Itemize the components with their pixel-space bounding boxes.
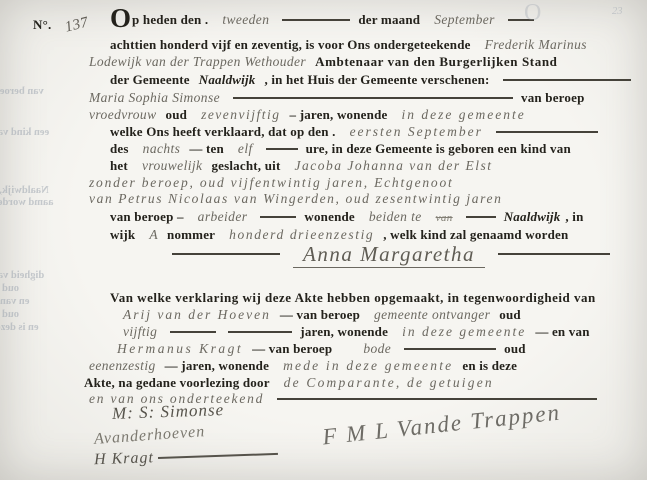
doc-line: Maria Sophia Simonse van beroep (84, 89, 590, 106)
doc-line: vijftig jaren, wonende in deze gemeente … (118, 323, 595, 340)
printed-text: en is deze (462, 358, 517, 373)
bleedthrough-text: digheid van (0, 270, 44, 281)
doc-line: eenenzestig — jaren, wonende mede in dez… (84, 357, 522, 374)
printed-text: – jaren, wonende (290, 107, 388, 122)
handwritten-text: honderd drieenzestig (229, 227, 374, 242)
printed-text: , welk kind zal genaamd worden (383, 227, 568, 242)
bleedthrough-text: en is deze (0, 322, 39, 333)
printed-text: Naaldwijk (199, 72, 256, 87)
bleedthrough-text: een kind van (0, 127, 49, 138)
bleedthrough-text: oud (2, 309, 19, 320)
handwritten-text: vijftig (123, 324, 157, 339)
bleedthrough-text: aamd worden (0, 197, 54, 208)
printed-text: des (110, 141, 129, 156)
handwritten-text: in deze gemeente (402, 324, 526, 339)
handwritten-text: de Comparante, de getuigen (284, 375, 494, 390)
handwritten-text: eenenzestig (89, 358, 156, 373)
doc-line: der Gemeente Naaldwijk , in het Huis der… (110, 71, 635, 88)
printed-text: nommer (167, 227, 215, 242)
fill-rule (466, 216, 496, 218)
printed-text: achttien honderd vijf en zeventig, is vo… (110, 37, 471, 52)
handwritten-text: September (434, 12, 495, 27)
printed-text: van beroep (521, 90, 585, 105)
printed-text: Ambtenaar van den Burgerlijken Stand (315, 54, 557, 69)
doc-line: Akte, na gedane voorlezing door de Compa… (84, 374, 499, 391)
doc-line: het vrouwelijk geslacht, uit Jacoba Joha… (110, 157, 497, 174)
signature-text: H Kragt (94, 449, 154, 468)
bleedthrough-text: 23 (612, 6, 623, 17)
fill-rule (404, 348, 496, 350)
printed-text: Akte, na gedane voorlezing door (84, 375, 270, 390)
fill-rule (260, 216, 296, 218)
fill-rule (282, 19, 350, 21)
record-number: N°. 137 (33, 16, 94, 34)
doc-line: vroedvrouw oud zevenvijftig – jaren, won… (84, 106, 531, 123)
signature-official: F M L Vande Trappen (321, 400, 562, 451)
handwritten-text: beiden te (369, 209, 422, 224)
doc-line: Op heden den . tweeden der maand Septemb… (110, 10, 538, 28)
printed-text: — van beroep (280, 307, 360, 322)
printed-text: wijk (110, 227, 135, 242)
printed-text: welke Ons heeft verklaard, dat op den . (110, 124, 336, 139)
printed-text: der Gemeente (110, 72, 190, 87)
doc-line: wijk A nommer honderd drieenzestig , wel… (110, 226, 573, 243)
doc-line: van beroep – arbeider wonende beiden te … (110, 208, 589, 227)
child-name: Anna Margaretha (293, 242, 485, 268)
handwritten-text: Jacoba Johanna van der Elst (294, 158, 492, 173)
handwritten-text: mede in deze gemeente (283, 358, 453, 373)
doc-line: Hermanus Kragt — van beroep bode oud (112, 340, 531, 357)
handwritten-text: arbeider (198, 209, 248, 224)
handwritten-text: bode (363, 341, 391, 356)
printed-text: van beroep – (110, 209, 184, 224)
printed-text: oud (499, 307, 521, 322)
bleedthrough-text: O (524, 0, 541, 27)
printed-text: — en van (535, 324, 589, 339)
handwritten-text: zonder beroep, oud vijfentwintig jaren, … (89, 175, 454, 190)
handwritten-text: tweeden (222, 12, 269, 27)
printed-text: — ten (189, 141, 224, 156)
doc-line: welke Ons heeft verklaard, dat op den . … (110, 123, 602, 140)
document-scan: N°. 137 Op heden den . tweeden der maand… (0, 0, 647, 480)
handwritten-text: van Petrus Nicolaas van Wingerden, oud z… (89, 191, 502, 206)
bleedthrough-text: en van (0, 296, 29, 307)
signature-witness-1: Avanderhoeven (94, 423, 206, 449)
fill-rule (172, 253, 280, 255)
fill-rule (496, 131, 598, 133)
record-number-value: 137 (64, 14, 91, 36)
printed-text: Van welke verklaring wij deze Akte hebbe… (110, 290, 596, 305)
printed-text: het (110, 158, 128, 173)
bleedthrough-text: oud (2, 283, 19, 294)
fill-rule (266, 148, 298, 150)
handwritten-text: gemeente ontvanger (374, 307, 490, 322)
handwritten-text: vroedvrouw (89, 107, 157, 122)
printed-text: oud (166, 107, 188, 122)
printed-text: Naaldwijk (504, 209, 561, 224)
handwritten-text: Hermanus Kragt (117, 341, 243, 356)
signature-declarant: M: S: Simonse (112, 400, 225, 424)
handwritten-text: Frederik Marinus (485, 37, 587, 52)
printed-text: — van beroep (252, 341, 332, 356)
printed-text: wonende (304, 209, 355, 224)
printed-text: jaren, wonende (300, 324, 388, 339)
printed-text: O (110, 3, 131, 33)
printed-text: p heden den . (132, 12, 208, 27)
handwritten-text: eersten September (350, 124, 483, 139)
printed-text: — jaren, wonende (165, 358, 269, 373)
handwritten-text: nachts (143, 141, 181, 156)
signature-witness-2: H Kragt (94, 445, 282, 470)
printed-text: der maand (358, 12, 420, 27)
handwritten-text: Lodewijk van der Trappen Wethouder (89, 54, 306, 69)
doc-line: achttien honderd vijf en zeventig, is vo… (110, 36, 592, 53)
printed-text: ure, in deze Gemeente is geboren een kin… (306, 141, 571, 156)
printed-text: geslacht, uit (211, 158, 280, 173)
record-number-label: N°. (33, 17, 51, 32)
fill-rule (233, 97, 513, 99)
fill-rule (170, 331, 216, 333)
printed-text: , in (565, 209, 583, 224)
handwritten-text: Maria Sophia Simonse (89, 90, 220, 105)
fill-rule (503, 79, 631, 81)
doc-line: Lodewijk van der Trappen Wethouder Ambte… (84, 53, 562, 70)
fill-rule (498, 253, 610, 255)
handwritten-text: in deze gemeente (401, 107, 525, 122)
handwritten-text: vrouwelijk (142, 158, 203, 173)
signature-flourish (158, 453, 278, 459)
handwritten-text: Arij van der Hoeven (123, 307, 271, 322)
bleedthrough-text: Naaldwijk, in (0, 185, 49, 196)
fill-rule (228, 331, 292, 333)
struck-handwritten-text: van (436, 212, 453, 224)
bleedthrough-text: van beroep (0, 86, 44, 97)
handwritten-text: A (149, 227, 158, 242)
doc-line: zonder beroep, oud vijfentwintig jaren, … (84, 174, 459, 191)
handwritten-text: elf (238, 141, 253, 156)
printed-text: oud (504, 341, 526, 356)
doc-line: Arij van der Hoeven — van beroep gemeent… (118, 306, 526, 323)
doc-line: Anna Margaretha (168, 246, 614, 265)
printed-text: , in het Huis der Gemeente verschenen: (264, 72, 489, 87)
handwritten-text: zevenvijftig (201, 107, 280, 122)
doc-line: Van welke verklaring wij deze Akte hebbe… (110, 289, 601, 306)
doc-line: des nachts — ten elf ure, in deze Gemeen… (110, 140, 576, 157)
doc-line: van Petrus Nicolaas van Wingerden, oud z… (84, 190, 507, 207)
